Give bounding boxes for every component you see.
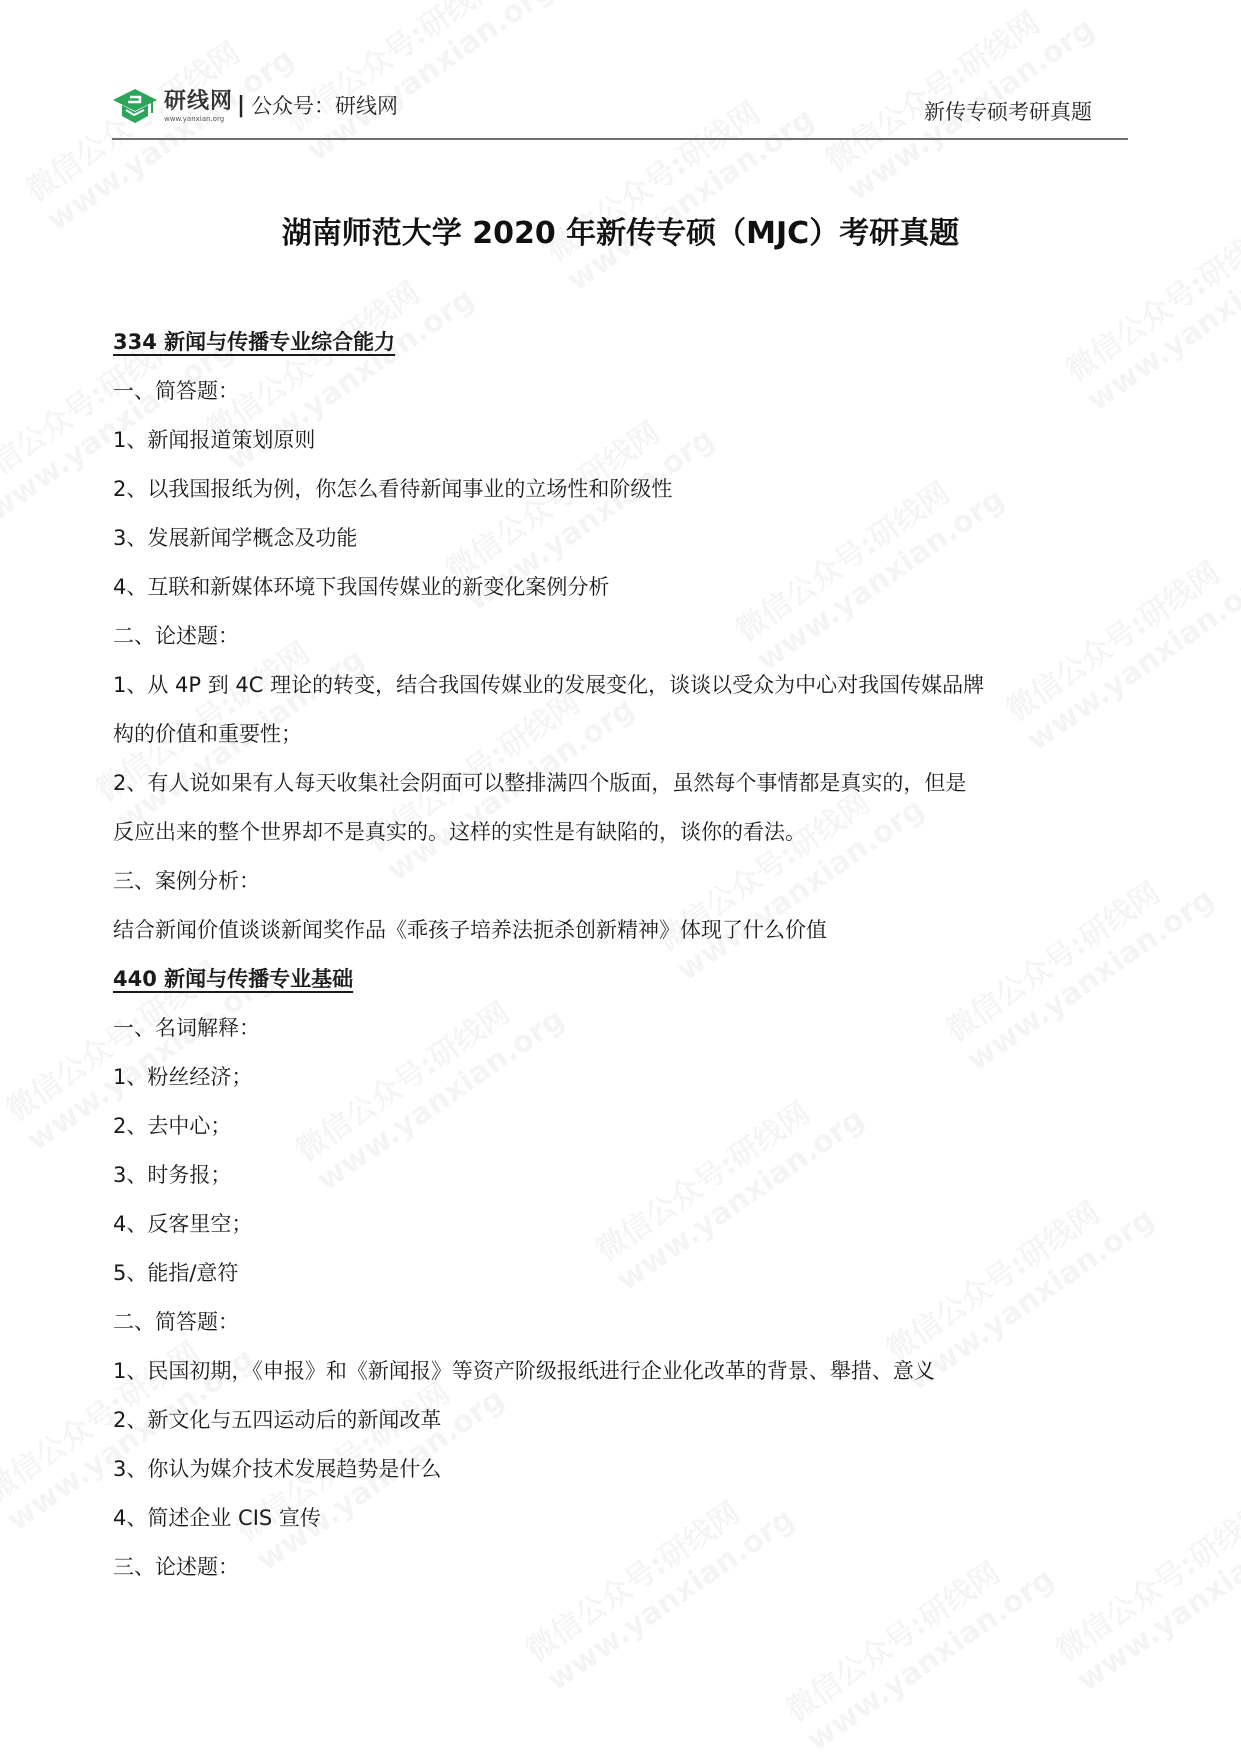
question-item: 5、能指/意符 <box>113 1249 1133 1298</box>
question-group-heading: 一、简答题： <box>113 367 1133 416</box>
question-item: 1、粉丝经济； <box>113 1053 1133 1102</box>
question-item: 2、以我国报纸为例，你怎么看待新闻事业的立场性和阶级性 <box>113 465 1133 514</box>
question-item-continued: 构的价值和重要性； <box>113 710 1133 759</box>
page-header: 研线网 www.yanxian.org | 公众号：研线网 新传专硕考研真题 <box>112 86 1128 140</box>
logo-name: 研线网 <box>164 89 233 115</box>
question-item: 3、发展新闻学概念及功能 <box>113 514 1133 563</box>
document-body: 334 新闻与传播专业综合能力 一、简答题： 1、新闻报道策划原则 2、以我国报… <box>113 318 1133 1592</box>
question-item: 4、反客里空； <box>113 1200 1133 1249</box>
question-item: 结合新闻价值谈谈新闻奖作品《乖孩子培养法扼杀创新精神》体现了什么价值 <box>113 906 1133 955</box>
section-heading: 334 新闻与传播专业综合能力 <box>113 318 1133 367</box>
question-item: 3、你认为媒介技术发展趋势是什么 <box>113 1445 1133 1494</box>
question-group-heading: 三、论述题： <box>113 1543 1133 1592</box>
question-item: 4、互联和新媒体环境下我国传媒业的新变化案例分析 <box>113 563 1133 612</box>
question-item: 1、新闻报道策划原则 <box>113 416 1133 465</box>
question-item: 1、民国初期，《申报》和《新闻报》等资产阶级报纸进行企业化改革的背景、舉措、意义 <box>113 1347 1133 1396</box>
header-category: 新传专硕考研真题 <box>924 96 1092 126</box>
question-item: 4、简述企业 CIS 宣传 <box>113 1494 1133 1543</box>
wechat-account-label: 公众号：研线网 <box>251 93 398 119</box>
graduation-cap-logo-icon <box>112 88 158 124</box>
question-item: 2、有人说如果有人每天收集社会阴面可以整排满四个版面，虽然每个事情都是真实的，但… <box>113 759 1133 808</box>
logo-url: www.yanxian.org <box>164 115 233 123</box>
question-group-heading: 一、名词解释： <box>113 1004 1133 1053</box>
question-item: 2、去中心； <box>113 1102 1133 1151</box>
logo: 研线网 www.yanxian.org | 公众号：研线网 <box>112 88 398 124</box>
question-group-heading: 二、简答题： <box>113 1298 1133 1347</box>
section-heading: 440 新闻与传播专业基础 <box>113 955 1133 1004</box>
question-group-heading: 二、论述题： <box>113 612 1133 661</box>
question-item-continued: 反应出来的整个世界却不是真实的。这样的实性是有缺陷的，谈你的看法。 <box>113 808 1133 857</box>
header-separator: | <box>237 93 245 119</box>
logo-text: 研线网 www.yanxian.org <box>164 89 233 123</box>
watermark: 微信公众号:研线网www.yanxian.org <box>280 0 562 169</box>
question-item: 3、时务报； <box>113 1151 1133 1200</box>
question-item: 1、从 4P 到 4C 理论的转变，结合我国传媒业的发展变化，谈谈以受众为中心对… <box>113 661 1133 710</box>
document-title: 湖南师范大学 2020 年新传专硕（MJC）考研真题 <box>0 208 1241 252</box>
question-group-heading: 三、案例分析： <box>113 857 1133 906</box>
question-item: 2、新文化与五四运动后的新闻改革 <box>113 1396 1133 1445</box>
